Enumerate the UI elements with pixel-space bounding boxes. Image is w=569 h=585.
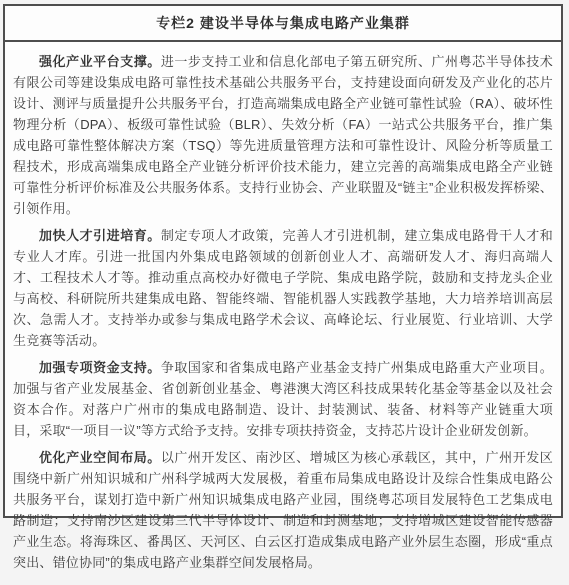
paragraph-lead: 强化产业平台支撑。 bbox=[39, 54, 161, 69]
paragraph-lead: 加快人才引进培育。 bbox=[39, 228, 161, 243]
paragraph-special-funds: 加强专项资金支持。争取国家和省集成电路产业基金支持广州集成电路重大产业项目。加强… bbox=[13, 357, 553, 441]
paragraph-text: 制定专项人才政策，完善人才引进机制，建立集成电路骨干人才和专业人才库。引进一批国… bbox=[13, 228, 553, 348]
paragraph-lead: 优化产业空间布局。 bbox=[39, 450, 161, 465]
column-title: 专栏2 建设半导体与集成电路产业集群 bbox=[156, 13, 410, 33]
paragraph-text: 进一步支持工业和信息化部电子第五研究所、广州粤芯半导体技术有限公司等建设集成电路… bbox=[13, 54, 553, 216]
paragraph-platform-support: 强化产业平台支撑。进一步支持工业和信息化部电子第五研究所、广州粤芯半导体技术有限… bbox=[13, 51, 553, 219]
column-body: 强化产业平台支撑。进一步支持工业和信息化部电子第五研究所、广州粤芯半导体技术有限… bbox=[5, 42, 561, 525]
column-title-row: 专栏2 建设半导体与集成电路产业集群 bbox=[5, 6, 561, 42]
paragraph-talent-cultivation: 加快人才引进培育。制定专项人才政策，完善人才引进机制，建立集成电路骨干人才和专业… bbox=[13, 225, 553, 351]
column-box: 专栏2 建设半导体与集成电路产业集群 强化产业平台支撑。进一步支持工业和信息化部… bbox=[3, 4, 563, 518]
paragraph-lead: 加强专项资金支持。 bbox=[39, 360, 161, 375]
paragraph-spatial-layout: 优化产业空间布局。以广州开发区、南沙区、增城区为核心承载区，其中，广州开发区围绕… bbox=[13, 447, 553, 525]
